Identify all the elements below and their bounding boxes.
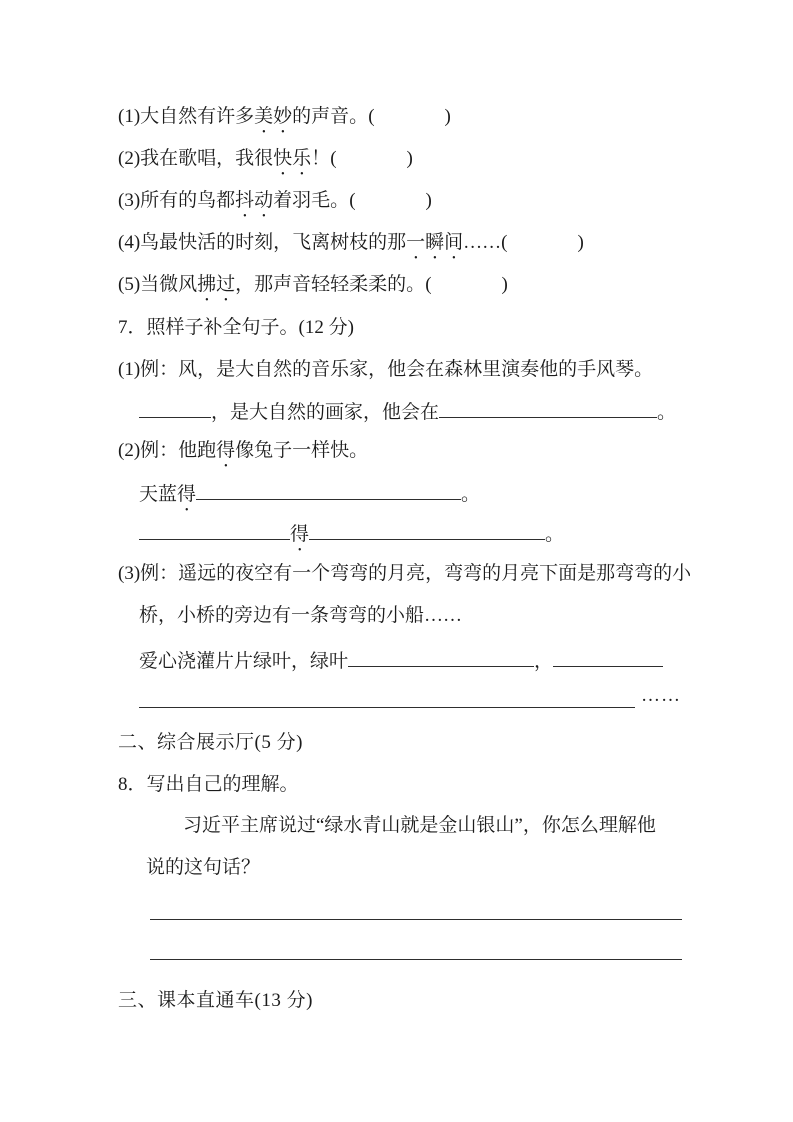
example-text: 桥，小桥的旁边有一条弯弯的小船…… xyxy=(139,605,462,626)
item-text: (1)大自然有许多 xyxy=(118,106,254,127)
blank-line[interactable] xyxy=(139,396,211,418)
q7-example-2: (2)例：他跑得像兔子一样快。 xyxy=(118,437,368,464)
fill-text: 。 xyxy=(657,402,676,423)
fill-text: 天蓝 xyxy=(139,484,177,505)
example-text: (3)例：遥远的夜空有一个弯弯的月亮，弯弯的月亮下面是那弯弯的小 xyxy=(118,563,691,584)
blank-line[interactable] xyxy=(348,645,534,667)
paren-close: ) xyxy=(445,106,451,127)
blank-line[interactable] xyxy=(309,518,545,540)
paren-open: ( xyxy=(425,274,431,295)
item-text: (5)当微风 xyxy=(118,274,197,295)
item-text: ，那声音轻轻柔柔的。 xyxy=(235,274,425,295)
item-text: (3)所有的鸟都 xyxy=(118,190,235,211)
q7-fill-3b: …… xyxy=(139,686,681,713)
q7-fill-2b: 得。 xyxy=(139,518,564,545)
ellipsis-text: …… xyxy=(641,685,681,706)
judge-item-5: (5)当微风拂过，那声音轻轻柔柔的。() xyxy=(118,271,508,298)
blank-line[interactable] xyxy=(439,396,657,418)
item-text: 着羽毛。 xyxy=(273,190,349,211)
section-title: 三、课本直通车(13 分) xyxy=(118,990,313,1011)
example-text: (1)例：风，是大自然的音乐家，他会在森林里演奏他的手风琴。 xyxy=(118,359,653,380)
section-title: 二、综合展示厅(5 分) xyxy=(118,732,303,753)
emphasized-word: 抖动 xyxy=(235,190,273,211)
example-text: 像兔子一样快。 xyxy=(235,440,368,461)
paren-open: ( xyxy=(368,106,374,127)
item-text: 的声音。 xyxy=(292,106,368,127)
emphasized-word: 得 xyxy=(216,440,235,461)
question-title: 8．写出自己的理解。 xyxy=(118,774,299,795)
fill-text: 爱心浇灌片片绿叶，绿叶 xyxy=(139,651,348,672)
q8-prompt-line1: 习近平主席说过“绿水青山就是金山银山”，你怎么理解他 xyxy=(183,812,656,839)
q7-fill-2a: 天蓝得。 xyxy=(139,478,480,505)
fill-text: 。 xyxy=(461,484,480,505)
paren-open: ( xyxy=(349,190,355,211)
answer-blank-line[interactable] xyxy=(150,898,682,920)
q8-prompt-line2: 说的这句话？ xyxy=(146,854,260,881)
item-text: …… xyxy=(463,232,501,253)
judge-item-3: (3)所有的鸟都抖动着羽毛。() xyxy=(118,187,432,214)
q7-fill-1: ，是大自然的画家，他会在。 xyxy=(139,396,676,423)
example-text: (2)例：他跑 xyxy=(118,440,216,461)
paren-open: ( xyxy=(501,232,507,253)
question-title: 7．照样子补全句子。(12 分) xyxy=(118,317,354,338)
paren-close: ) xyxy=(426,190,432,211)
fill-text: 。 xyxy=(545,524,564,545)
worksheet-page: (1)大自然有许多美妙的声音。() (2)我在歌唱，我很快乐！() (3)所有的… xyxy=(0,0,793,1122)
emphasized-word: 拂过 xyxy=(197,274,235,295)
fill-text: ，是大自然的画家，他会在 xyxy=(211,402,439,423)
judge-item-4: (4)鸟最快活的时刻，飞离树枝的那一瞬间……() xyxy=(118,229,584,256)
blank-line[interactable] xyxy=(553,645,663,667)
q8-answer-line-1 xyxy=(150,898,682,925)
q7-example-3-line1: (3)例：遥远的夜空有一个弯弯的月亮，弯弯的月亮下面是那弯弯的小 xyxy=(118,560,691,587)
emphasized-word: 美妙 xyxy=(254,106,292,127)
section-3-heading: 三、课本直通车(13 分) xyxy=(118,987,313,1014)
emphasized-word: 一瞬间 xyxy=(406,232,463,253)
blank-line[interactable] xyxy=(139,518,290,540)
q7-fill-3a: 爱心浇灌片片绿叶，绿叶， xyxy=(139,645,663,672)
prompt-text: 习近平主席说过“绿水青山就是金山银山”，你怎么理解他 xyxy=(183,815,656,836)
answer-blank-line[interactable] xyxy=(150,938,682,960)
judge-item-2: (2)我在歌唱，我很快乐！() xyxy=(118,145,413,172)
q7-example-3-line2: 桥，小桥的旁边有一条弯弯的小船…… xyxy=(139,602,462,629)
paren-close: ) xyxy=(502,274,508,295)
emphasized-word: 快乐 xyxy=(273,148,311,169)
paren-close: ) xyxy=(407,148,413,169)
section-2-heading: 二、综合展示厅(5 分) xyxy=(118,729,303,756)
fill-text: ， xyxy=(534,651,553,672)
item-text: (4)鸟最快活的时刻，飞离树枝的那 xyxy=(118,232,406,253)
paren-open: ( xyxy=(330,148,336,169)
question-7-heading: 7．照样子补全句子。(12 分) xyxy=(118,314,354,341)
q7-example-1: (1)例：风，是大自然的音乐家，他会在森林里演奏他的手风琴。 xyxy=(118,356,653,383)
blank-line[interactable] xyxy=(196,478,461,500)
emphasized-word: 得 xyxy=(177,484,196,505)
blank-line[interactable] xyxy=(139,686,635,708)
q8-answer-line-2 xyxy=(150,938,682,965)
item-text: (2)我在歌唱，我很 xyxy=(118,148,273,169)
judge-item-1: (1)大自然有许多美妙的声音。() xyxy=(118,103,451,130)
question-8-heading: 8．写出自己的理解。 xyxy=(118,771,299,798)
paren-close: ) xyxy=(578,232,584,253)
emphasized-word: 得 xyxy=(290,524,309,545)
item-text: ！ xyxy=(311,148,330,169)
prompt-text: 说的这句话？ xyxy=(146,857,260,878)
